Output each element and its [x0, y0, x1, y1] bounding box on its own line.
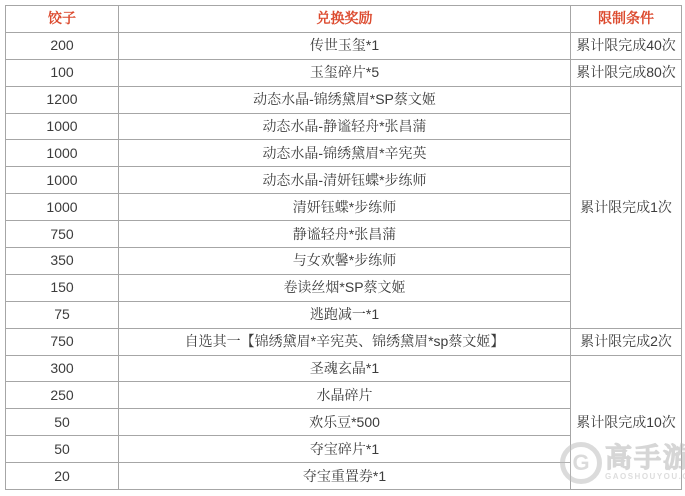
dumpling-cost-cell: 1000 [6, 113, 119, 140]
reward-cell: 静谧轻舟*张昌蒲 [119, 221, 571, 248]
reward-cell: 动态水晶-锦绣黛眉*辛宪英 [119, 140, 571, 167]
dumpling-cost-cell: 300 [6, 355, 119, 382]
limit-condition-cell: 累计限完成2次 [571, 328, 682, 355]
column-header-limit: 限制条件 [571, 6, 682, 33]
dumpling-cost-cell: 750 [6, 328, 119, 355]
reward-cell: 玉玺碎片*5 [119, 59, 571, 86]
reward-cell: 夺宝碎片*1 [119, 436, 571, 463]
dumpling-cost-cell: 150 [6, 274, 119, 301]
column-header-reward: 兑换奖励 [119, 6, 571, 33]
dumpling-cost-cell: 100 [6, 59, 119, 86]
dumpling-cost-cell: 750 [6, 221, 119, 248]
dumpling-cost-cell: 250 [6, 382, 119, 409]
reward-cell: 水晶碎片 [119, 382, 571, 409]
reward-cell: 传世玉玺*1 [119, 32, 571, 59]
table-row: 100玉玺碎片*5累计限完成80次 [6, 59, 682, 86]
limit-condition-cell: 累计限完成80次 [571, 59, 682, 86]
dumpling-cost-cell: 1200 [6, 86, 119, 113]
table-header-row: 饺子 兑换奖励 限制条件 [6, 6, 682, 33]
reward-exchange-article-page: 饺子 兑换奖励 限制条件 200传世玉玺*1累计限完成40次100玉玺碎片*5累… [0, 0, 685, 496]
reward-cell: 动态水晶-清妍钰蝶*步练师 [119, 167, 571, 194]
dumpling-cost-cell: 75 [6, 301, 119, 328]
table-row: 1200动态水晶-锦绣黛眉*SP蔡文姬累计限完成1次 [6, 86, 682, 113]
reward-cell: 卷读丝烟*SP蔡文姬 [119, 274, 571, 301]
dumpling-cost-cell: 50 [6, 436, 119, 463]
dumpling-cost-cell: 350 [6, 248, 119, 275]
reward-cell: 自选其一【锦绣黛眉*辛宪英、锦绣黛眉*sp蔡文姬】 [119, 328, 571, 355]
reward-cell: 欢乐豆*500 [119, 409, 571, 436]
table-row: 750自选其一【锦绣黛眉*辛宪英、锦绣黛眉*sp蔡文姬】累计限完成2次 [6, 328, 682, 355]
reward-cell: 动态水晶-锦绣黛眉*SP蔡文姬 [119, 86, 571, 113]
dumpling-cost-cell: 1000 [6, 194, 119, 221]
dumpling-cost-cell: 1000 [6, 140, 119, 167]
reward-cell: 动态水晶-静谧轻舟*张昌蒲 [119, 113, 571, 140]
reward-cell: 清妍钰蝶*步练师 [119, 194, 571, 221]
dumpling-exchange-table: 饺子 兑换奖励 限制条件 200传世玉玺*1累计限完成40次100玉玺碎片*5累… [5, 5, 682, 490]
reward-cell: 圣魂玄晶*1 [119, 355, 571, 382]
dumpling-cost-cell: 50 [6, 409, 119, 436]
table-row: 300圣魂玄晶*1累计限完成10次 [6, 355, 682, 382]
limit-condition-cell: 累计限完成40次 [571, 32, 682, 59]
dumpling-cost-cell: 200 [6, 32, 119, 59]
column-header-dumplings: 饺子 [6, 6, 119, 33]
table-row: 200传世玉玺*1累计限完成40次 [6, 32, 682, 59]
reward-cell: 与女欢馨*步练师 [119, 248, 571, 275]
reward-cell: 逃跑减一*1 [119, 301, 571, 328]
reward-cell: 夺宝重置券*1 [119, 463, 571, 490]
limit-condition-cell: 累计限完成1次 [571, 86, 682, 328]
dumpling-cost-cell: 1000 [6, 167, 119, 194]
dumpling-cost-cell: 20 [6, 463, 119, 490]
limit-condition-cell: 累计限完成10次 [571, 355, 682, 489]
